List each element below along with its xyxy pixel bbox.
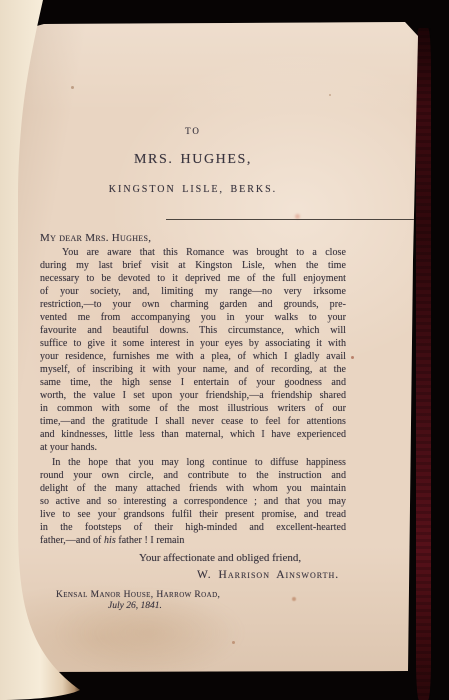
book-photo: TO MRS. HUGHES, KINGSTON LISLE, BERKS. M… bbox=[0, 0, 449, 700]
facing-page-edge bbox=[0, 0, 449, 700]
